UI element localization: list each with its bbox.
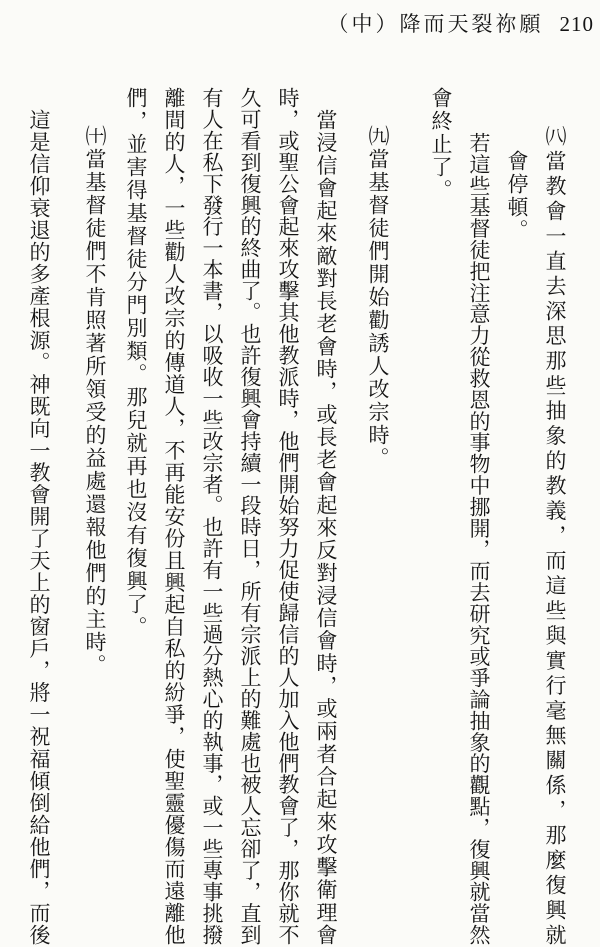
text-body: ㈧當教會一直去深思那些抽象的教義，而這些與實行毫無關係，那麼復興就會停頓。若這些…	[20, 87, 574, 945]
text-column-11: 們，並害得基督徒分門別類。那兒就再也沒有復興了。	[117, 87, 155, 945]
text-column-5: ㈨當基督徒們開始勸誘人改宗時。	[359, 87, 397, 945]
book-page: （中）降而天裂祢願 210 ㈧當教會一直去深思那些抽象的教義，而這些與實行毫無關…	[0, 0, 600, 947]
text-column-1: ㈧當教會一直去深思那些抽象的教義，而這些與實行毫無關係，那麼復興就	[536, 87, 574, 945]
text-column-7: 時，或聖公會起來攻擊其他教派時，他們開始努力促使歸信的人加入他們教會了，那你就不	[269, 87, 307, 945]
text-column-8: 久可看到復興的終曲了。也許復興會持續一段時日，所有宗派上的難處也被人忘卻了，直到	[231, 87, 269, 945]
running-title: （中）降而天裂祢願	[328, 8, 544, 38]
text-column-2: 會停頓。	[498, 87, 536, 945]
text-column-3: 若這些基督徒把注意力從救恩的事物中挪開，而去研究或爭論抽象的觀點，復興就當然	[460, 87, 498, 945]
page-number: 210	[560, 12, 595, 37]
text-column-10: 離間的人，一些勸人改宗的傳道人，不再能安份且興起自私的紛爭，使聖靈優傷而遠離他	[155, 87, 193, 945]
text-column-6: 當浸信會起來敵對長老會時，或長老會起來反對浸信會時，或兩者合起來攻擊衛理會	[307, 87, 345, 945]
text-column-13: 這是信仰衰退的多產根源。神既向一教會開了天上的窗戶，將一祝福傾倒給他們，而後	[20, 87, 58, 945]
text-column-4: 會終止了。	[422, 87, 460, 945]
text-column-12: ㈩當基督徒們不肯照著所領受的益處還報他們的主時。	[76, 87, 114, 945]
text-column-9: 有人在私下發行一本書，以吸收一些改宗者。也許有一些過分熱心的執事，或一些專事挑撥	[193, 87, 231, 945]
page-header: （中）降而天裂祢願 210	[328, 8, 595, 38]
